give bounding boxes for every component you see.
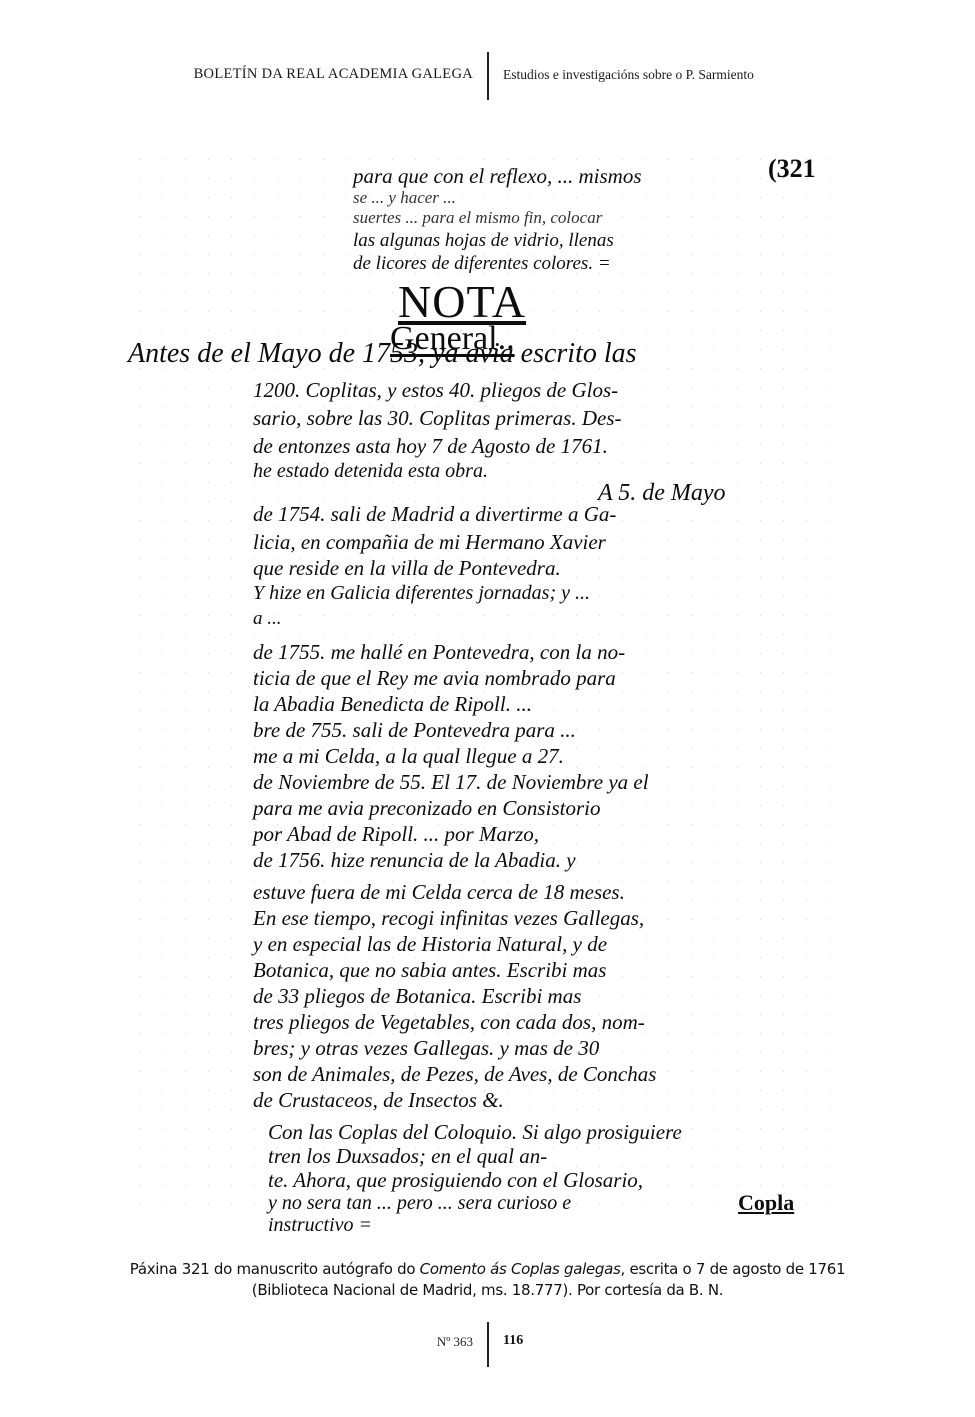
header-divider xyxy=(487,52,489,100)
manuscript-line: Botanica, que no sabia antes. Escribi ma… xyxy=(253,958,606,983)
manuscript-line: de Crustaceos, de Insectos &. xyxy=(253,1088,504,1113)
figure-caption: Páxina 321 do manuscrito autógrafo do Co… xyxy=(0,1259,975,1301)
manuscript-line: sario, sobre las 30. Coplitas primeras. … xyxy=(253,406,622,431)
folio-number: (321 xyxy=(768,154,816,184)
issue-number: Nº 363 xyxy=(437,1334,473,1350)
manuscript-line: para que con el reflexo, ... mismos xyxy=(353,164,642,189)
manuscript-line: En ese tiempo, recogi infinitas vezes Ga… xyxy=(253,906,644,931)
page-number: 116 xyxy=(503,1333,523,1349)
manuscript-line: las algunas hojas de vidrio, llenas xyxy=(353,230,614,252)
manuscript-line: he estado detenida esta obra. xyxy=(253,460,488,483)
manuscript-line: tres pliegos de Vegetables, con cada dos… xyxy=(253,1010,645,1035)
manuscript-line: son de Animales, de Pezes, de Aves, de C… xyxy=(253,1062,656,1087)
manuscript-line: licia, en compañia de mi Hermano Xavier xyxy=(253,530,606,555)
manuscript-line: que reside en la villa de Pontevedra. xyxy=(253,556,561,581)
manuscript-line: 1200. Coplitas, y estos 40. pliegos de G… xyxy=(253,378,618,403)
manuscript-line: suertes ... para el mismo fin, colocar xyxy=(353,208,602,228)
manuscript-line: de 1755. me hallé en Pontevedra, con la … xyxy=(253,640,625,665)
manuscript-line: instructivo = xyxy=(268,1214,372,1237)
manuscript-line: Antes de el Mayo de 1753, ya avia escrit… xyxy=(128,338,637,370)
manuscript-facsimile: (321 para que con el reflexo, ... mismos… xyxy=(128,150,843,1220)
manuscript-margin-note: A 5. de Mayo xyxy=(598,480,726,507)
running-header: BOLETÍN DA REAL ACADEMIA GALEGA Estudios… xyxy=(0,52,975,100)
manuscript-line: de licores de diferentes colores. = xyxy=(353,253,611,275)
manuscript-line: de Noviembre de 55. El 17. de Noviembre … xyxy=(253,770,649,795)
manuscript-line: de 1754. sali de Madrid a divertirme a G… xyxy=(253,502,616,527)
manuscript-line: y no sera tan ... pero ... sera curioso … xyxy=(268,1192,571,1215)
manuscript-line: de 1756. hize renuncia de la Abadia. y xyxy=(253,848,576,873)
section-title: Estudios e investigacións sobre o P. Sar… xyxy=(503,67,754,83)
manuscript-line: bre de 755. sali de Pontevedra para ... xyxy=(253,718,576,743)
manuscript-line: tren los Duxsados; en el qual an- xyxy=(268,1144,547,1169)
manuscript-line: para me avia preconizado en Consistorio xyxy=(253,796,600,821)
manuscript-line: a ... xyxy=(253,608,282,630)
footer-divider xyxy=(487,1322,489,1367)
manuscript-line: se ... y hacer ... xyxy=(353,188,456,208)
manuscript-line: de entonzes asta hoy 7 de Agosto de 1761… xyxy=(253,434,608,459)
manuscript-line: la Abadia Benedicta de Ripoll. ... xyxy=(253,692,532,717)
manuscript-line: me a mi Celda, a la qual llegue a 27. xyxy=(253,744,564,769)
manuscript-line: y en especial las de Historia Natural, y… xyxy=(253,932,607,957)
manuscript-line: Con las Coplas del Coloquio. Si algo pro… xyxy=(268,1120,682,1145)
caption-line-2: (Biblioteca Nacional de Madrid, ms. 18.7… xyxy=(0,1280,975,1301)
manuscript-line: Y hize en Galicia diferentes jornadas; y… xyxy=(253,582,590,605)
manuscript-line: de 33 pliegos de Botanica. Escribi mas xyxy=(253,984,581,1009)
journal-title: BOLETÍN DA REAL ACADEMIA GALEGA xyxy=(194,66,473,83)
work-title: Comento ás Coplas galegas xyxy=(420,1260,621,1278)
manuscript-line: bres; y otras vezes Gallegas. y mas de 3… xyxy=(253,1036,599,1061)
caption-line-1: Páxina 321 do manuscrito autógrafo do Co… xyxy=(0,1259,975,1280)
catchword: Copla xyxy=(738,1190,794,1216)
manuscript-line: por Abad de Ripoll. ... por Marzo, xyxy=(253,822,539,847)
manuscript-line: estuve fuera de mi Celda cerca de 18 mes… xyxy=(253,880,625,905)
manuscript-line: te. Ahora, que prosiguiendo con el Glosa… xyxy=(268,1168,643,1193)
page-footer: Nº 363 116 xyxy=(0,1322,975,1367)
manuscript-line: ticia de que el Rey me avia nombrado par… xyxy=(253,666,616,691)
